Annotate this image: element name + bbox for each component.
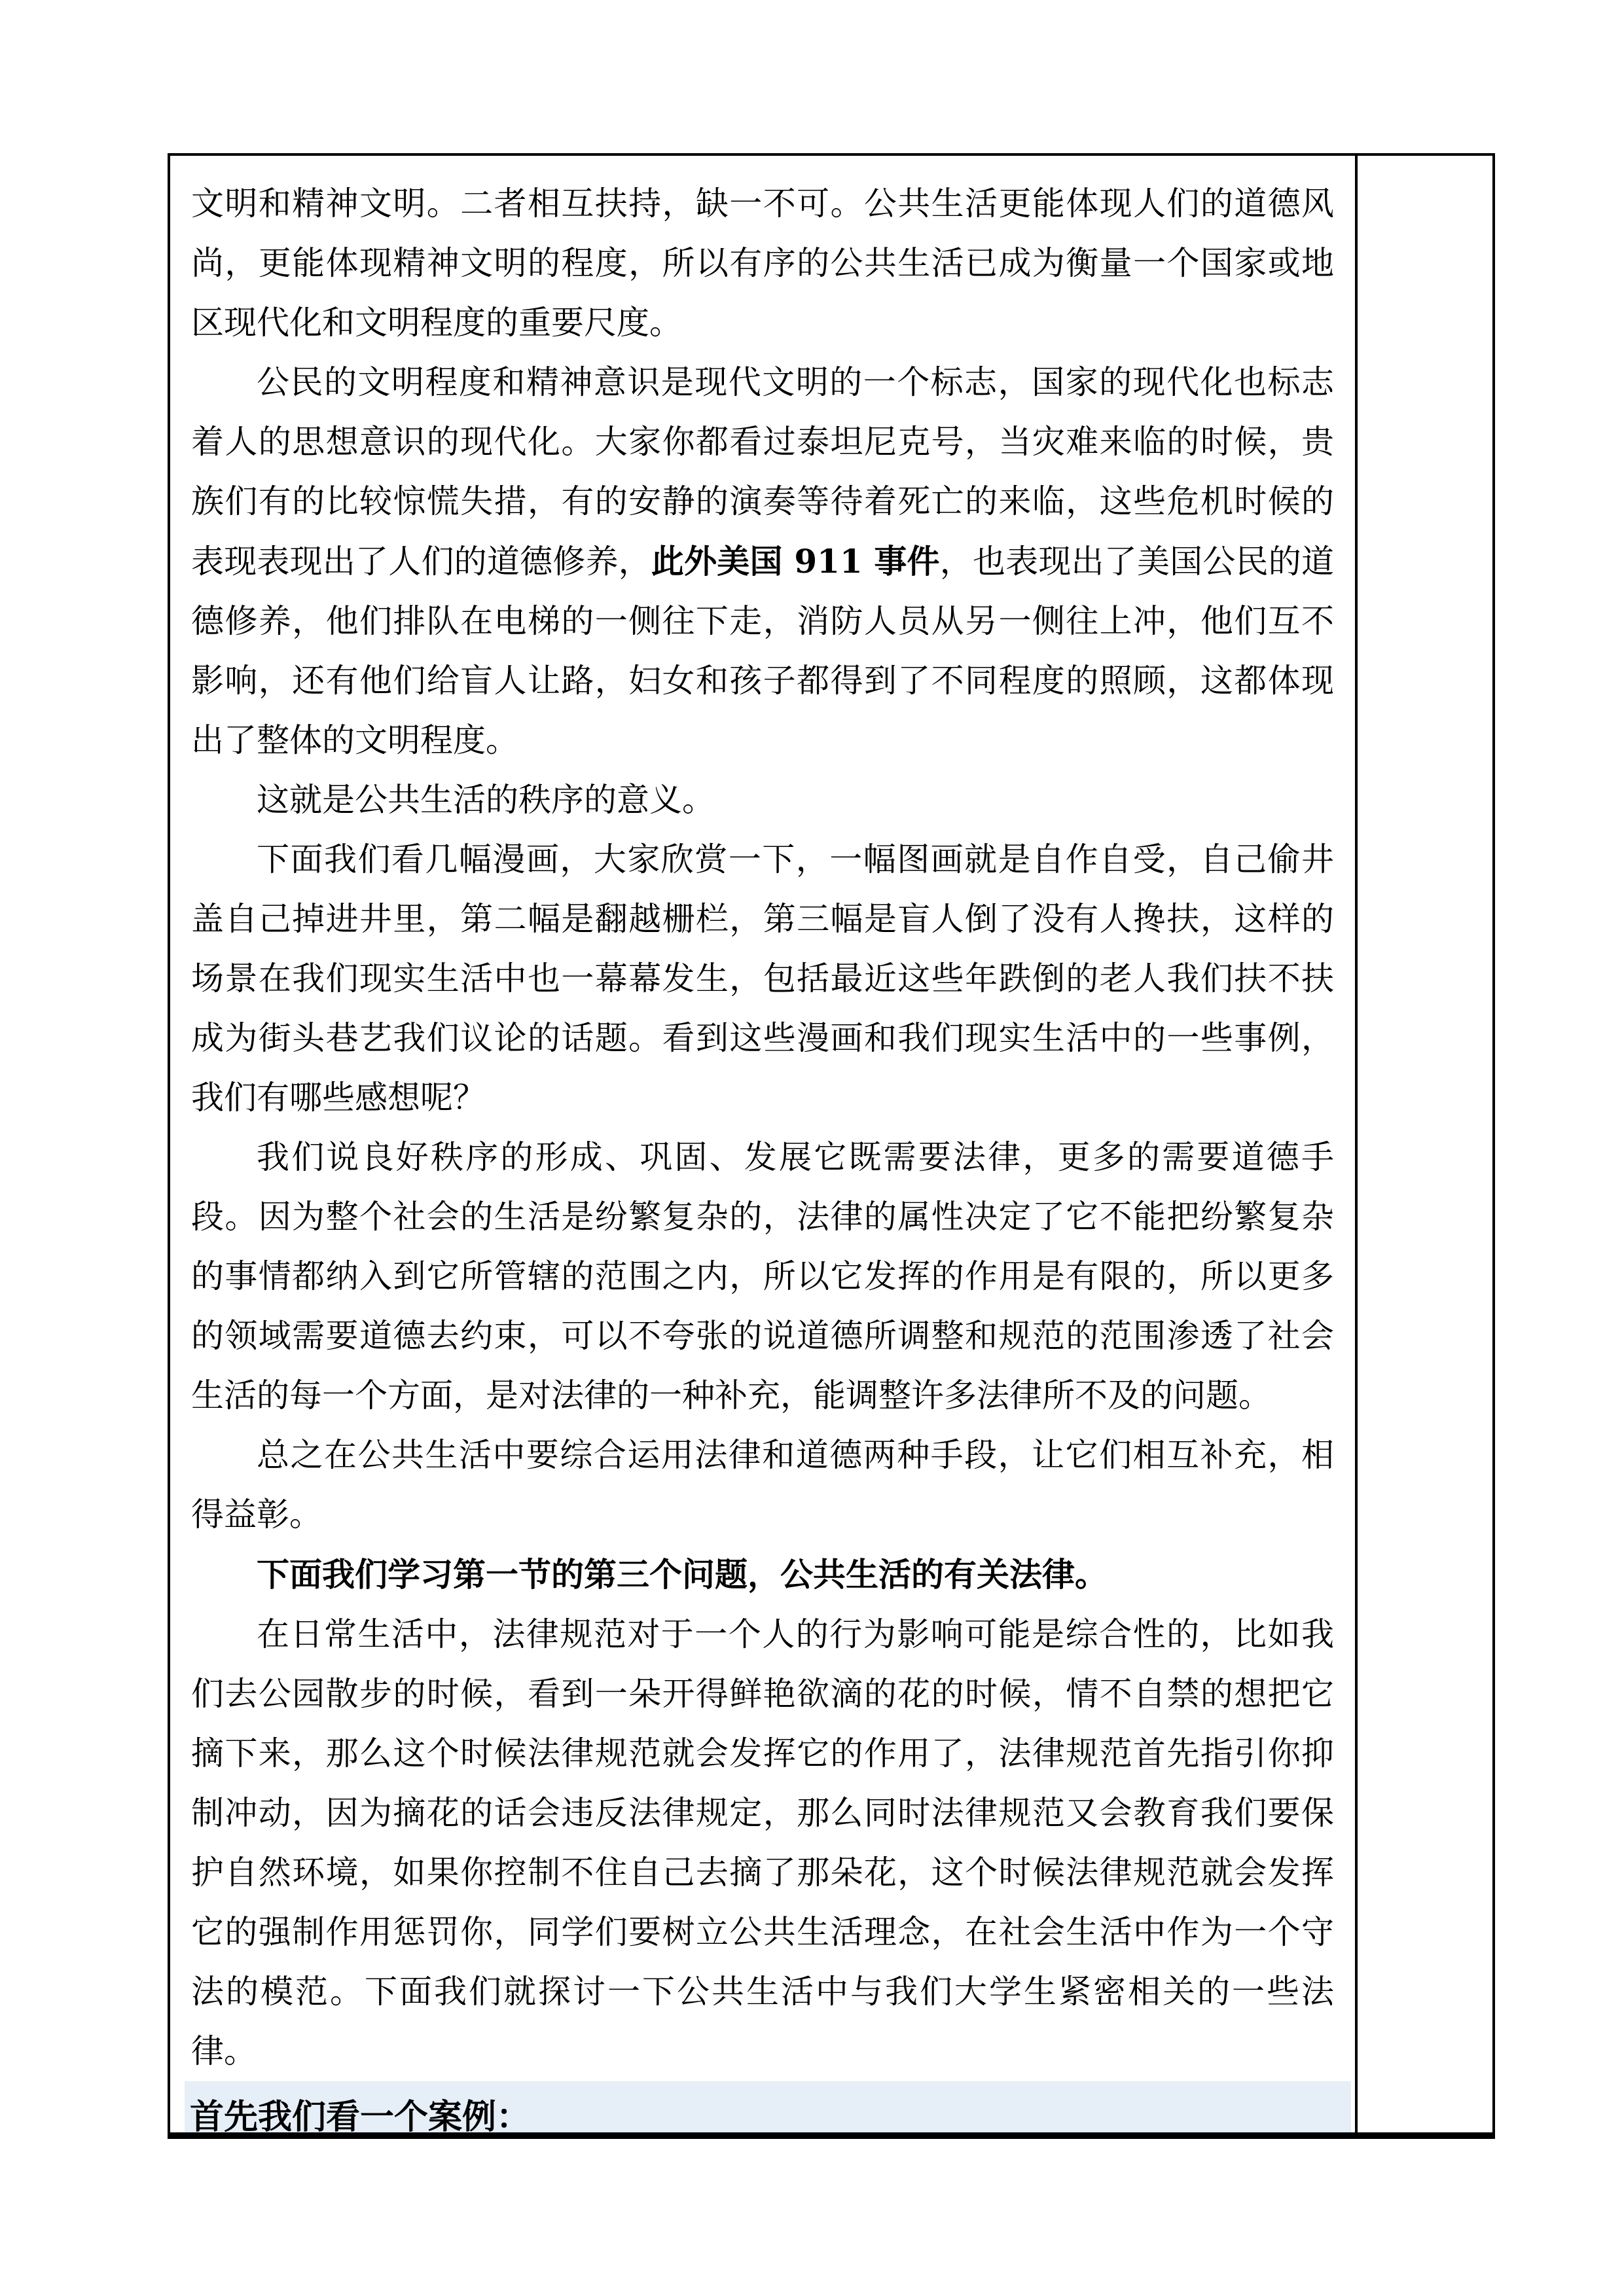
text-run: 我们说良好秩序的形成、巩固、发展它既需要法律，更多的需要道德手段。因为整个社会的… [191,1138,1334,1414]
paragraph: 公民的文明程度和精神意识是现代文明的一个标志，国家的现代化也标志着人的思想意识的… [191,353,1334,770]
case-heading: 首先我们看一个案例： [190,2098,1351,2132]
paragraph: 文明和精神文明。二者相互扶持，缺一不可。公共生活更能体现人们的道德风尚，更能体现… [191,174,1334,353]
paragraph: 这就是公共生活的秩序的意义。 [191,770,1334,830]
text-run: 此外美国 911 事件 [651,542,940,581]
text-run: 这就是公共生活的秩序的意义。 [257,781,715,819]
text-run: 文明和精神文明。二者相互扶持，缺一不可。公共生活更能体现人们的道德风尚，更能体现… [191,185,1334,342]
paragraph: 下面我们学习第一节的第三个问题，公共生活的有关法律。 [191,1545,1334,1605]
notes-column-cell [1358,156,1492,2132]
lesson-content-cell: 文明和精神文明。二者相互扶持，缺一不可。公共生活更能体现人们的道德风尚，更能体现… [170,156,1358,2132]
paragraph: 我们说良好秩序的形成、巩固、发展它既需要法律，更多的需要道德手段。因为整个社会的… [191,1128,1334,1426]
document-page: 文明和精神文明。二者相互扶持，缺一不可。公共生活更能体现人们的道德风尚，更能体现… [0,0,1624,2296]
paragraphs: 文明和精神文明。二者相互扶持，缺一不可。公共生活更能体现人们的道德风尚，更能体现… [191,174,1334,2081]
paragraph: 在日常生活中，法律规范对于一个人的行为影响可能是综合性的，比如我们去公园散步的时… [191,1605,1334,2081]
paragraph: 总之在公共生活中要综合运用法律和道德两种手段，让它们相互补充，相得益彰。 [191,1426,1334,1545]
case-highlight-block: 首先我们看一个案例： [185,2081,1351,2132]
lesson-plan-table: 文明和精神文明。二者相互扶持，缺一不可。公共生活更能体现人们的道德风尚，更能体现… [168,153,1495,2139]
text-run: 下面我们看几幅漫画，大家欣赏一下，一幅图画就是自作自受，自己偷井盖自己掉进井里，… [191,840,1334,1117]
text-run: 在日常生活中，法律规范对于一个人的行为影响可能是综合性的，比如我们去公园散步的时… [191,1615,1334,2070]
text-run: 总之在公共生活中要综合运用法律和道德两种手段，让它们相互补充，相得益彰。 [191,1436,1334,1534]
text-run: 下面我们学习第一节的第三个问题，公共生活的有关法律。 [257,1555,1108,1594]
paragraph: 下面我们看几幅漫画，大家欣赏一下，一幅图画就是自作自受，自己偷井盖自己掉进井里，… [191,830,1334,1128]
